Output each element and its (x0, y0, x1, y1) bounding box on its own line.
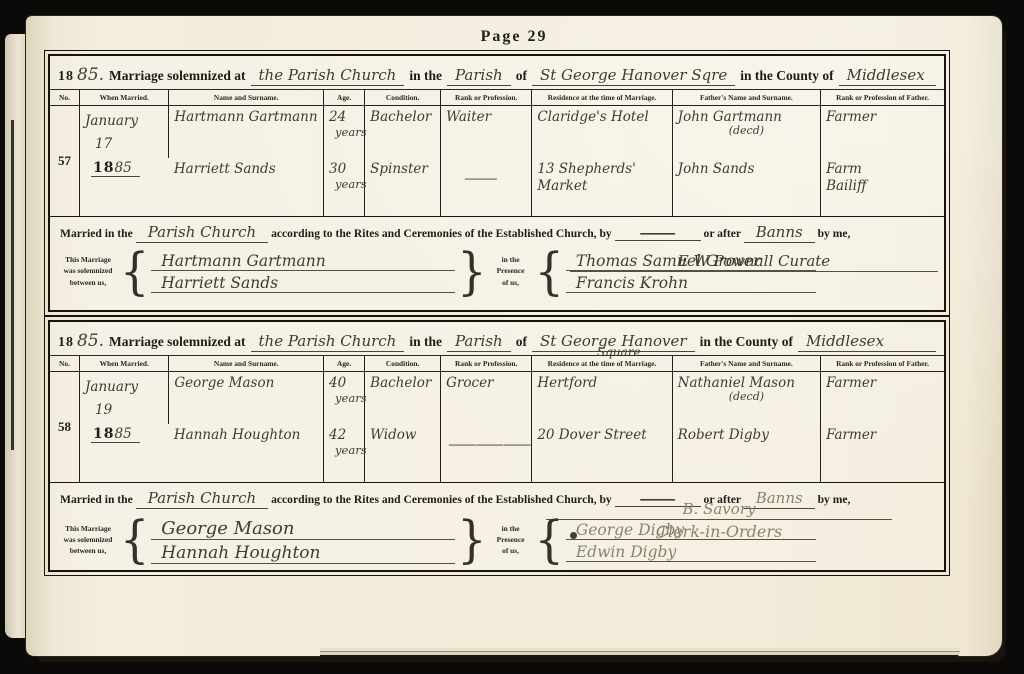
col-residence: Residence at the time of Marriage. (532, 90, 672, 106)
witness-signature-1: Thomas Samuel Grover (566, 249, 816, 271)
groom-condition: Bachelor (365, 106, 441, 159)
col-when-married: When Married. (80, 356, 169, 372)
in-the-label: in the (409, 334, 442, 350)
this-marriage-label: This Marriage was solemnized between us, (56, 523, 120, 556)
bride-father-profession: Farmer (821, 424, 944, 483)
spouse-signatures: George Mason Hannah Houghton (151, 515, 455, 564)
bride-father: Robert Digby (672, 424, 820, 483)
marriage-year-hw: 85 (114, 160, 131, 176)
signature-section: This Marriage was solemnized between us,… (50, 509, 944, 564)
bride-profession: — (441, 158, 532, 217)
solemnized-at-label: Marriage solemnized at (109, 68, 245, 84)
county-of-label: in the County of (740, 68, 833, 84)
marriage-record-57: 1885. Marriage solemnized at the Parish … (48, 54, 946, 312)
bride-signature: Harriett Sands (151, 271, 455, 293)
signature-section: This Marriage was solemnized between us,… (50, 243, 944, 293)
church-entry: the Parish Church (251, 332, 405, 352)
bride-residence: 20 Dover Street (532, 424, 672, 483)
bride-profession: ——— (441, 424, 532, 483)
col-when-married: When Married. (80, 90, 169, 106)
parish-entry: St George Hanover Sqre (532, 66, 735, 86)
bride-age: 42years (324, 424, 365, 483)
groom-signature: George Mason (151, 515, 455, 540)
column-header-row: No. When Married. Name and Surname. Age.… (50, 356, 944, 372)
brace-open: { (120, 251, 149, 291)
previous-page-border (11, 120, 14, 450)
according-label: according to the Rites and Ceremonies of… (271, 227, 612, 240)
by-blank: ——— (615, 227, 701, 241)
marriage-year-printed: 18 (93, 426, 114, 442)
record-header: 1885. Marriage solemnized at the Parish … (50, 56, 944, 90)
col-name: Name and Surname. (169, 90, 324, 106)
marriage-month: January (85, 113, 163, 129)
groom-name: Hartmann Gartmann (169, 106, 324, 159)
bride-condition: Spinster (365, 158, 441, 217)
groom-residence: Claridge's Hotel (532, 106, 672, 159)
record-number: 58 (50, 372, 80, 483)
marriage-day: 19 (95, 402, 163, 418)
of-label: of (516, 334, 527, 350)
page-number: Page 29 (26, 28, 1002, 46)
or-after-label: or after (704, 227, 741, 240)
book-scan: Page 29 1885. Marriage solemnized at the… (0, 0, 1024, 674)
parish-entry-overflow: Square (597, 345, 641, 359)
spouse-signatures: Hartmann Gartmann Harriett Sands (151, 249, 455, 293)
county-of-label: in the County of (700, 334, 793, 350)
printed-year: 18 (58, 69, 74, 85)
col-father-profession: Rank or Profession of Father. (821, 356, 944, 372)
in-the-label: in the (409, 68, 442, 84)
col-father-name: Father's Name and Surname. (672, 90, 820, 106)
married-in-line: Married in the Parish Church according t… (50, 217, 944, 243)
bride-signature: Hannah Houghton (151, 540, 455, 564)
groom-row: 57 January 17 1885 Hartmann Gartmann 24y… (50, 106, 944, 159)
col-age: Age. (324, 90, 365, 106)
witness-signature-2: Francis Krohn (566, 271, 816, 293)
bride-condition: Widow (365, 424, 441, 483)
of-label: of (516, 68, 527, 84)
bride-father: John Sands (672, 158, 820, 217)
col-no: No. (50, 90, 80, 106)
handwritten-year: 85. (77, 65, 104, 85)
county-entry: Middlesex (798, 332, 936, 352)
bride-father-profession: Farm Bailiff (821, 158, 944, 217)
brace-open-witness: { (535, 519, 564, 559)
married-in-church: Parish Church (136, 223, 269, 243)
parish-entry: St George HanoverSquare (532, 332, 695, 352)
marriage-year-printed: 18 (93, 160, 114, 176)
groom-father-profession: Farmer (821, 106, 944, 159)
when-married-cell: January 19 1885 (80, 372, 169, 483)
deceased-note: (decd) (678, 390, 815, 403)
by-me-label: by me, (818, 227, 851, 240)
groom-residence: Hertford (532, 372, 672, 425)
register-page: Page 29 1885. Marriage solemnized at the… (26, 16, 1002, 656)
brace-close: } (457, 519, 486, 559)
marriage-month: January (85, 379, 163, 395)
record-header: 1885. Marriage solemnized at the Parish … (50, 322, 944, 356)
brace-open-witness: { (535, 251, 564, 291)
col-age: Age. (324, 356, 365, 372)
bride-row: Hannah Houghton 42years Widow ——— 20 Dov… (50, 424, 944, 483)
presence-label: in the Presence of us, (487, 523, 535, 556)
groom-father: John Gartmann(decd) (672, 106, 820, 159)
witness-signatures: George Digby Edwin Digby (566, 518, 816, 562)
groom-father: Nathaniel Mason(decd) (672, 372, 820, 425)
bride-row: Harriett Sands 30years Spinster — 13 She… (50, 158, 944, 217)
witness-signature-1: George Digby (566, 518, 816, 540)
groom-profession: Waiter (441, 106, 532, 159)
groom-condition: Bachelor (365, 372, 441, 425)
groom-name: George Mason (169, 372, 324, 425)
bride-residence: 13 Shepherds' Market (532, 158, 672, 217)
col-condition: Condition. (365, 90, 441, 106)
col-profession: Rank or Profession. (441, 356, 532, 372)
bride-name: Hannah Houghton (169, 424, 324, 483)
bride-age: 30years (324, 158, 365, 217)
parish-word-entry: Parish (447, 66, 511, 86)
marriage-record-58: 1885. Marriage solemnized at the Parish … (48, 320, 946, 572)
marriage-day: 17 (95, 136, 163, 152)
church-entry: the Parish Church (251, 66, 405, 86)
record-number: 57 (50, 106, 80, 217)
bride-name: Harriett Sands (169, 158, 324, 217)
col-profession: Rank or Profession. (441, 90, 532, 106)
handwritten-year: 85. (77, 331, 104, 351)
page-edge-stack (320, 648, 960, 660)
banns-entry: Banns (744, 223, 815, 243)
deceased-note: (decd) (678, 124, 815, 137)
this-marriage-label: This Marriage was solemnized between us, (56, 254, 120, 287)
groom-row: 58 January 19 1885 George Mason 40years … (50, 372, 944, 425)
groom-age: 24years (324, 106, 365, 159)
col-condition: Condition. (365, 356, 441, 372)
brace-open: { (120, 519, 149, 559)
groom-age: 40years (324, 372, 365, 425)
witness-signature-2: Edwin Digby (566, 540, 816, 562)
col-father-profession: Rank or Profession of Father. (821, 90, 944, 106)
column-header-row: No. When Married. Name and Surname. Age.… (50, 90, 944, 106)
col-no: No. (50, 356, 80, 372)
record-table: No. When Married. Name and Surname. Age.… (50, 356, 944, 483)
groom-father-profession: Farmer (821, 372, 944, 425)
presence-label: in the Presence of us, (487, 254, 535, 287)
married-in-church: Parish Church (136, 489, 269, 509)
col-name: Name and Surname. (169, 356, 324, 372)
solemnized-at-label: Marriage solemnized at (109, 334, 245, 350)
brace-close: } (457, 251, 486, 291)
married-in-label: Married in the (60, 493, 133, 506)
groom-profession: Grocer (441, 372, 532, 425)
printed-year: 18 (58, 335, 74, 351)
marriage-year-hw: 85 (114, 426, 131, 442)
county-entry: Middlesex (839, 66, 936, 86)
parish-word-entry: Parish (447, 332, 511, 352)
record-table: No. When Married. Name and Surname. Age.… (50, 90, 944, 217)
when-married-cell: January 17 1885 (80, 106, 169, 217)
col-father-name: Father's Name and Surname. (672, 356, 820, 372)
witness-signatures: Thomas Samuel Grover Francis Krohn (566, 249, 816, 293)
groom-signature: Hartmann Gartmann (151, 249, 455, 271)
married-in-label: Married in the (60, 227, 133, 240)
